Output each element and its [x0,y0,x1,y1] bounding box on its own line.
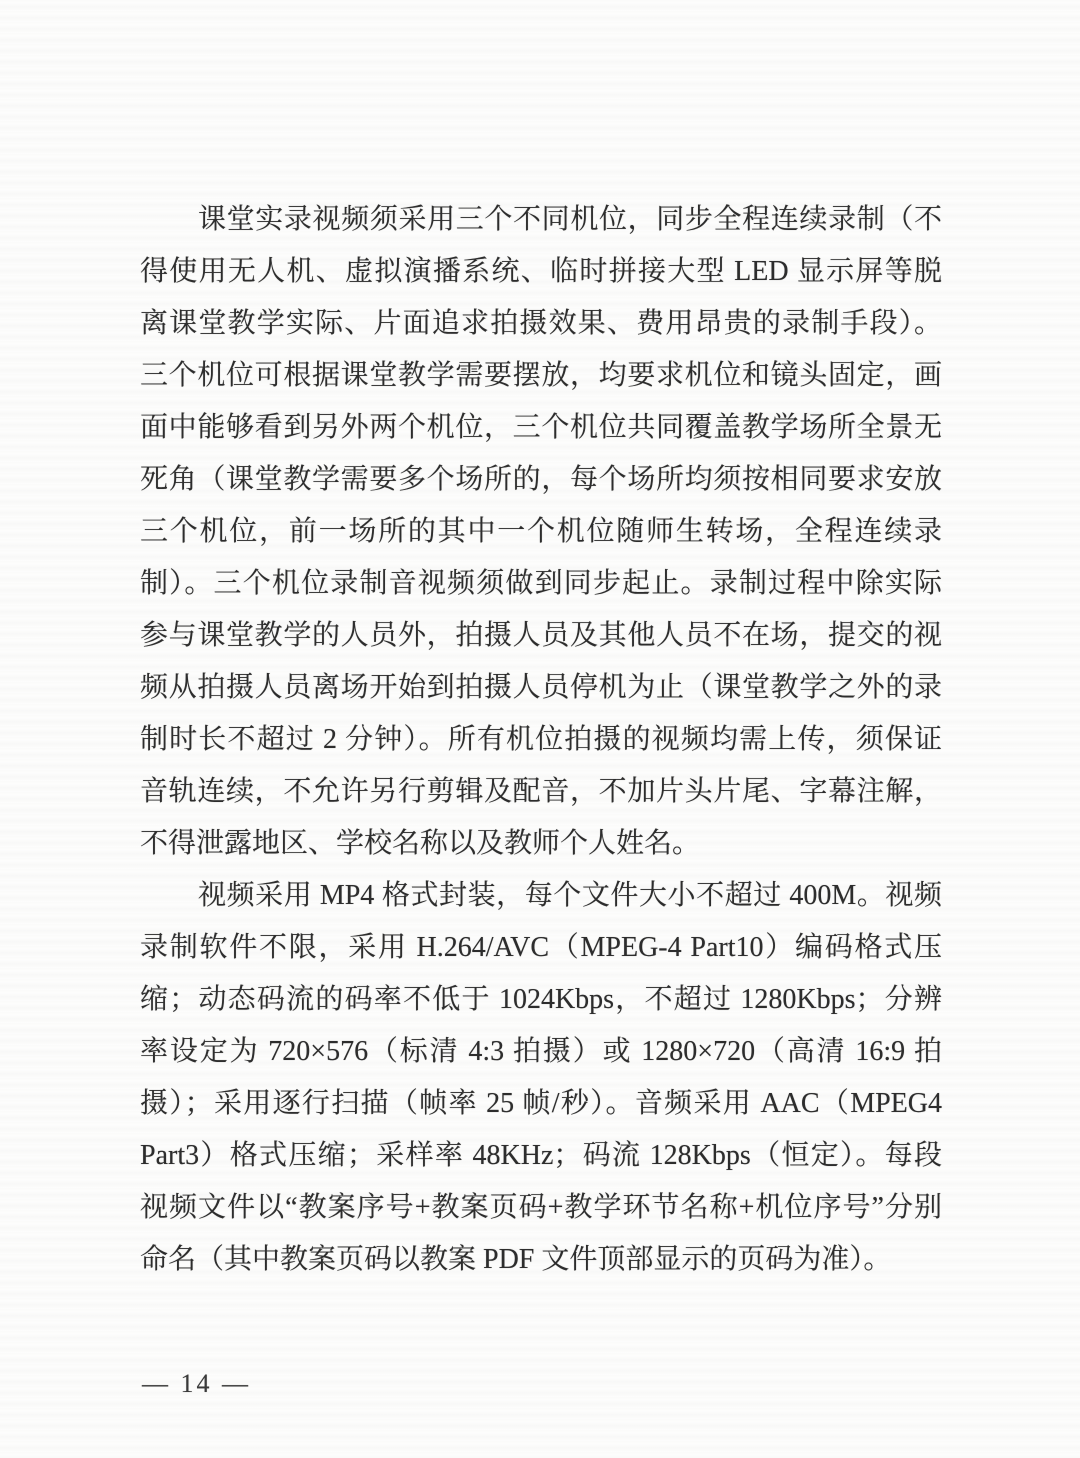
text-line: 死角（课堂教学需要多个场所的，每个场所均须按相同要求安放 [140,454,942,506]
text-line: 不得泄露地区、学校名称以及教师个人姓名。 [140,818,942,870]
text-line: 频从拍摄人员离场开始到拍摄人员停机为止（课堂教学之外的录 [140,662,942,714]
text-line: 参与课堂教学的人员外，拍摄人员及其他人员不在场，提交的视 [140,610,942,662]
document-body: 课堂实录视频须采用三个不同机位，同步全程连续录制（不 得使用无人机、虚拟演播系统… [140,194,942,1286]
text-line: 课堂实录视频须采用三个不同机位，同步全程连续录制（不 [140,194,942,246]
text-line: 缩；动态码流的码率不低于 1024Kbps，不超过 1280Kbps；分辨 [140,974,942,1026]
text-line: 得使用无人机、虚拟演播系统、临时拼接大型 LED 显示屏等脱 [140,246,942,298]
text-line: 录制软件不限，采用 H.264/AVC（MPEG-4 Part10）编码格式压 [140,922,942,974]
page-number: — 14 — [142,1369,251,1399]
text-line: 视频采用 MP4 格式封装，每个文件大小不超过 400M。视频 [140,870,942,922]
text-line: Part3）格式压缩；采样率 48KHz；码流 128Kbps（恒定）。每段 [140,1130,942,1182]
text-line: 制）。三个机位录制音视频须做到同步起止。录制过程中除实际 [140,558,942,610]
text-line: 面中能够看到另外两个机位，三个机位共同覆盖教学场所全景无 [140,402,942,454]
text-line: 制时长不超过 2 分钟）。所有机位拍摄的视频均需上传，须保证 [140,714,942,766]
text-line: 音轨连续，不允许另行剪辑及配音，不加片头片尾、字幕注解， [140,766,942,818]
text-line: 命名（其中教案页码以教案 PDF 文件顶部显示的页码为准）。 [140,1234,942,1286]
text-line: 离课堂教学实际、片面追求拍摄效果、费用昂贵的录制手段）。 [140,298,942,350]
text-line: 率设定为 720×576（标清 4:3 拍摄）或 1280×720（高清 16:… [140,1026,942,1078]
text-line: 摄）；采用逐行扫描（帧率 25 帧/秒）。音频采用 AAC（MPEG4 [140,1078,942,1130]
text-line: 视频文件以“教案序号+教案页码+教学环节名称+机位序号”分别 [140,1182,942,1234]
text-line: 三个机位，前一场所的其中一个机位随师生转场，全程连续录 [140,506,942,558]
text-line: 三个机位可根据课堂教学需要摆放，均要求机位和镜头固定，画 [140,350,942,402]
document-page: 课堂实录视频须采用三个不同机位，同步全程连续录制（不 得使用无人机、虚拟演播系统… [0,0,1080,1458]
